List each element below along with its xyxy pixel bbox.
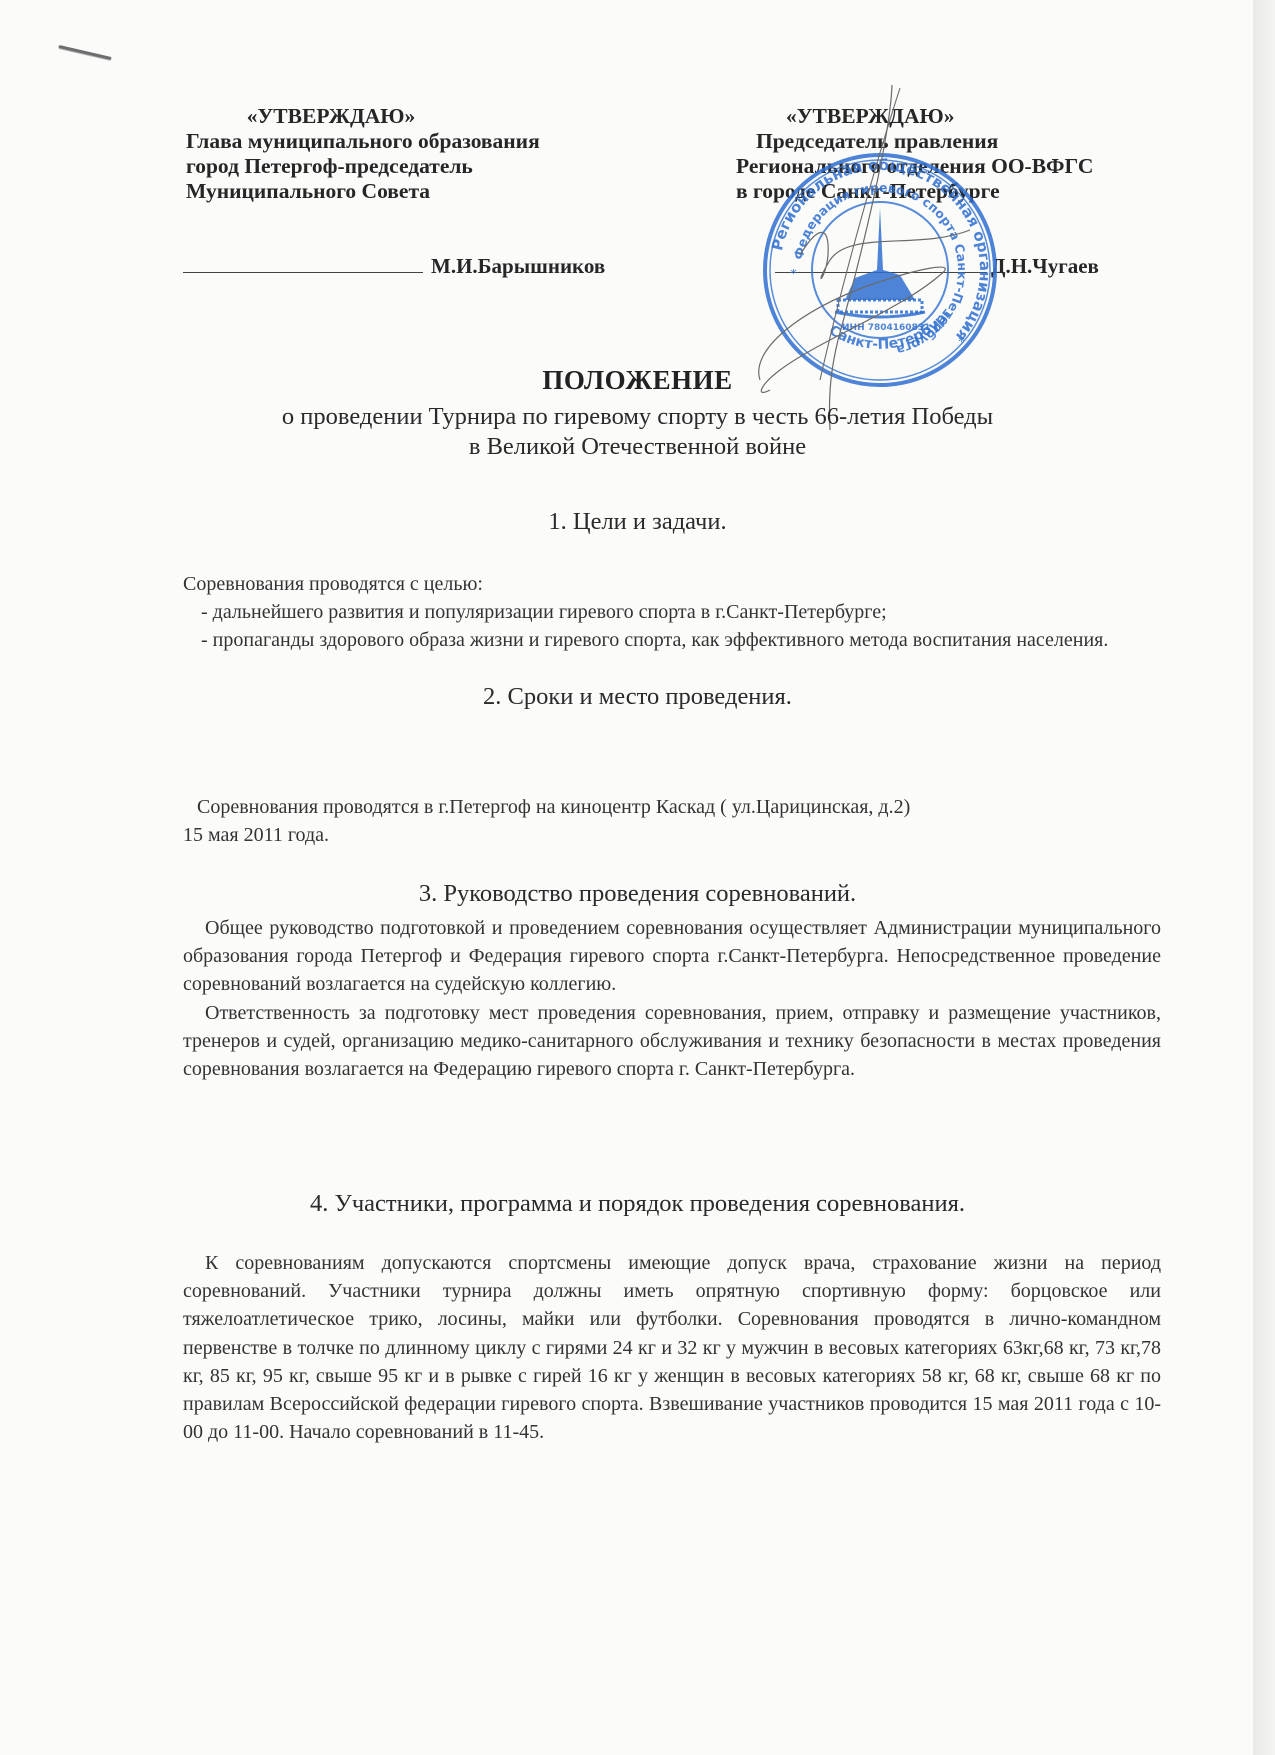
approval-line: Глава муниципального образования [186,129,606,154]
section-body-dates-venue: Соревнования проводятся в г.Петергоф на … [183,793,1163,849]
signature-line [183,272,423,273]
signature-row-left: М.И.Барышников [183,254,605,279]
section-heading-goals: 1. Цели и задачи. [0,508,1275,536]
section-heading-dates-venue: 2. Сроки и место проведения. [0,683,1275,711]
goal-item: - пропаганды здорового образа жизни и ги… [183,626,1143,654]
section-heading-management: 3. Руководство проведения соревнований. [0,880,1275,908]
approval-line: Муниципального Совета [186,179,606,204]
responsibility-paragraph: Ответственность за подготовку мест прове… [183,999,1161,1084]
section-body-goals: Соревнования проводятся с целью: - дальн… [183,570,1143,655]
signatory-name: Д.Н.Чугаев [991,254,1099,278]
subtitle-line: о проведении Турнира по гиревому спорту … [0,402,1275,432]
goal-item: - дальнейшего развития и популяризации г… [183,598,1143,626]
approval-heading: «УТВЕРЖДАЮ» [186,104,476,129]
section-body-management: Общее руководство подготовкой и проведен… [183,914,1161,1083]
participants-paragraph: К соревнованиям допускаются спортсмены и… [183,1249,1161,1446]
signatory-name: М.И.Барышников [431,254,605,278]
section-heading-participants: 4. Участники, программа и порядок провед… [0,1190,1275,1218]
date-line: 15 мая 2011 года. [183,821,1163,849]
approval-line: город Петергоф-председатель [186,154,606,179]
subtitle-line: в Великой Отечественной войне [0,432,1275,462]
venue-line: Соревнования проводятся в г.Петергоф на … [183,793,1163,821]
management-paragraph: Общее руководство подготовкой и проведен… [183,914,1161,999]
scan-page-edge [1253,0,1275,1755]
approval-block-left: «УТВЕРЖДАЮ» Глава муниципального образов… [186,104,606,204]
document-title: ПОЛОЖЕНИЕ [0,365,1275,396]
staple-mark [58,45,111,60]
document-subtitle: о проведении Турнира по гиревому спорту … [0,402,1275,462]
section-body-participants: К соревнованиям допускаются спортсмены и… [183,1249,1161,1446]
goals-intro: Соревнования проводятся с целью: [183,570,1143,598]
